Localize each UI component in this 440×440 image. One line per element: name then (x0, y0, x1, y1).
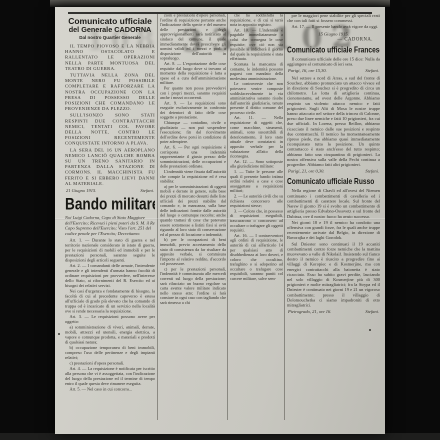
body-paragraph: 2. — Le autorità civili che su richiesta… (230, 194, 283, 208)
bando-article: Art. 1. — Durante lo stato di guerra e n… (65, 238, 155, 263)
bando-article: b) occupazione temporanea di beni immobi… (65, 345, 155, 360)
french-dateline-2: Parigi, 21, ore 0,30. Stefani. (288, 169, 379, 174)
column-4: pre le maggiori pene stabilite per gli s… (287, 13, 380, 427)
column-divider-1 (157, 14, 158, 420)
body-paragraph: Art. 16. — I contravventori agli ordini … (230, 233, 283, 281)
russian-communique-headline: Comunicato ufficiale Russo (287, 177, 360, 187)
bulletin-dateline: 21 Giugno 1915. Stefani. (66, 188, 154, 193)
french-communique-headline: Comunicato ufficiale Francese (287, 45, 360, 55)
bando-article: a) somministrazione di viveri, animali, … (65, 325, 155, 345)
war-bulletin-paragraph: Tuttavia nella zona del Monte Nero fu po… (65, 73, 155, 112)
body-paragraph: c) per le prestazioni personali, l'inden… (160, 267, 226, 305)
body-paragraph: Art. 9. — Le requisizioni sono eseguite … (160, 101, 226, 120)
cadorna-headline-line2: del Generale CADORNA (65, 26, 155, 34)
scanned-newspaper-photo: Comunicato ufficiale del Generale CADORN… (0, 0, 440, 440)
body-paragraph: zioni e prestazioni d'opere personali, l… (160, 13, 226, 61)
war-bulletin-paragraph: Il tempo piovoso e la nebbia hanno ostac… (65, 44, 155, 72)
bando-article: Art. 3. — Le requisizioni possono avere … (65, 314, 155, 324)
body-paragraph: 1. — Tutte le persone alle quali il pres… (230, 170, 283, 194)
dateline-agency: Stefani. (365, 169, 379, 174)
column-3: che ha soddisfatta la requisizione, e di… (230, 13, 283, 421)
ink-speck (58, 333, 60, 335)
bando-intro: Noi Luigi Cadorna, Capo di Stato Maggior… (65, 215, 155, 236)
body-paragraph: Per quanto non possa provvedervi con i p… (160, 86, 226, 100)
body-paragraph: Le controversie che non potessero venire… (230, 82, 283, 116)
dateline-date: Pietrogrado, 21, ore 16. (288, 309, 331, 314)
bando-article: Art. 4. — La requisizione è notificata p… (65, 366, 155, 386)
cadorna-kicker: Dal nostro Quartier Generale (65, 35, 155, 41)
body-paragraph: L'indennità viene fissata dall'autorità … (160, 170, 226, 184)
bando-article: Nei casi d'urgenza e fondatamente di bis… (65, 289, 155, 314)
war-bulletin-paragraph: Sull'Isonzo sono stati respinti due cont… (65, 113, 155, 147)
french-dateline-1: Parigi, 16, ore 15,30. Stefani. (288, 68, 379, 73)
bando-end-paragraph: Art. 17. — Il presente bando avrà vigore… (287, 24, 380, 29)
body-paragraph: Chiunque — contadino, civile o giudiziar… (160, 121, 226, 145)
scan-bottom-shadow (0, 433, 440, 440)
bando-militare-headline: Bando militare (65, 195, 137, 213)
body-paragraph: b) per le occupazioni di beni immobili, … (160, 238, 226, 267)
french-intro: Il comunicato ufficiale delle ore 15 dic… (287, 57, 380, 67)
bando-article: c) prestazioni d'opera personali. (65, 361, 155, 366)
war-bulletin-paragraph: La sera del 16 un aeroplano nemico lanci… (65, 147, 155, 186)
war-bulletin: Il tempo piovoso e la nebbia hanno ostac… (65, 44, 155, 187)
bando-end-paragraph: pre le maggiori pene stabilite per gli s… (287, 13, 380, 23)
dateline-agency: Stefani. (365, 68, 379, 73)
body-paragraph: a) per le somministrazioni di oggetti mo… (160, 184, 226, 237)
newspaper-page: Comunicato ufficiale del Generale CADORN… (55, 7, 385, 434)
bando-signature: — CADORNA. (287, 37, 380, 42)
bando-articles: Art. 1. — Durante lo stato di guerra e n… (65, 238, 155, 392)
russian-paragraph: Nei giorni 18 e 19 il nemico ha condotto… (287, 220, 380, 240)
body-paragraph: 3. — Coloro che, in possesso di requisiz… (230, 209, 283, 233)
column-2: zioni e prestazioni d'opere personali, l… (160, 13, 226, 421)
body-paragraph: che ha soddisfatta la requisizione, e di… (230, 13, 283, 27)
body-paragraph: Art. 12. — Sono sottoposte alla giurisdi… (230, 159, 283, 169)
column-divider-3 (284, 14, 285, 420)
bando-date: 15 Giugno 1915. (287, 31, 380, 36)
bando-article: Art. 5. — Nel caso in cui concorra... (65, 387, 155, 392)
body-paragraph: Art. 8. — L'esportazione delle cose requ… (160, 61, 226, 85)
body-paragraph: Art. 11. — Nella requisizione di oggetti… (230, 116, 283, 159)
bando-article: Art. 2. — I comandanti delle armate, l'i… (65, 263, 155, 288)
column-divider-2 (227, 14, 228, 420)
dateline-date: Parigi, 16, ore 15,30. (288, 68, 327, 73)
dateline-date: 21 Giugno 1915. (66, 188, 96, 193)
dateline-agency: Stefani. (140, 188, 154, 193)
dateline-date: Parigi, 21, ore 0,30. (288, 169, 324, 174)
russian-dateline: Pietrogrado, 21, ore 16. Stefani. (288, 309, 379, 314)
adjacent-sheet-edge (50, 0, 390, 7)
body-paragraph: Art. 10. — L'indennità è pagabile immedi… (230, 28, 283, 62)
cadorna-headline-line1: Comunicato ufficiale (65, 17, 155, 26)
body-paragraph: Scontata la mancanza di contante, le ind… (230, 62, 283, 81)
french-body: Nel settore a nord di Arras, a sud del f… (287, 75, 380, 167)
russian-paragraph: Sul Dniester sono continuati il 19 accan… (287, 241, 380, 307)
column-1: Comunicato ufficiale del Generale CADORN… (65, 15, 155, 415)
russian-paragraph: Nella regione di Chavli ed all'ovest del… (287, 188, 380, 219)
body-paragraph: Art. 6. — Per ogni requisizione è corris… (160, 145, 226, 169)
dateline-agency: Stefani. (365, 309, 379, 314)
